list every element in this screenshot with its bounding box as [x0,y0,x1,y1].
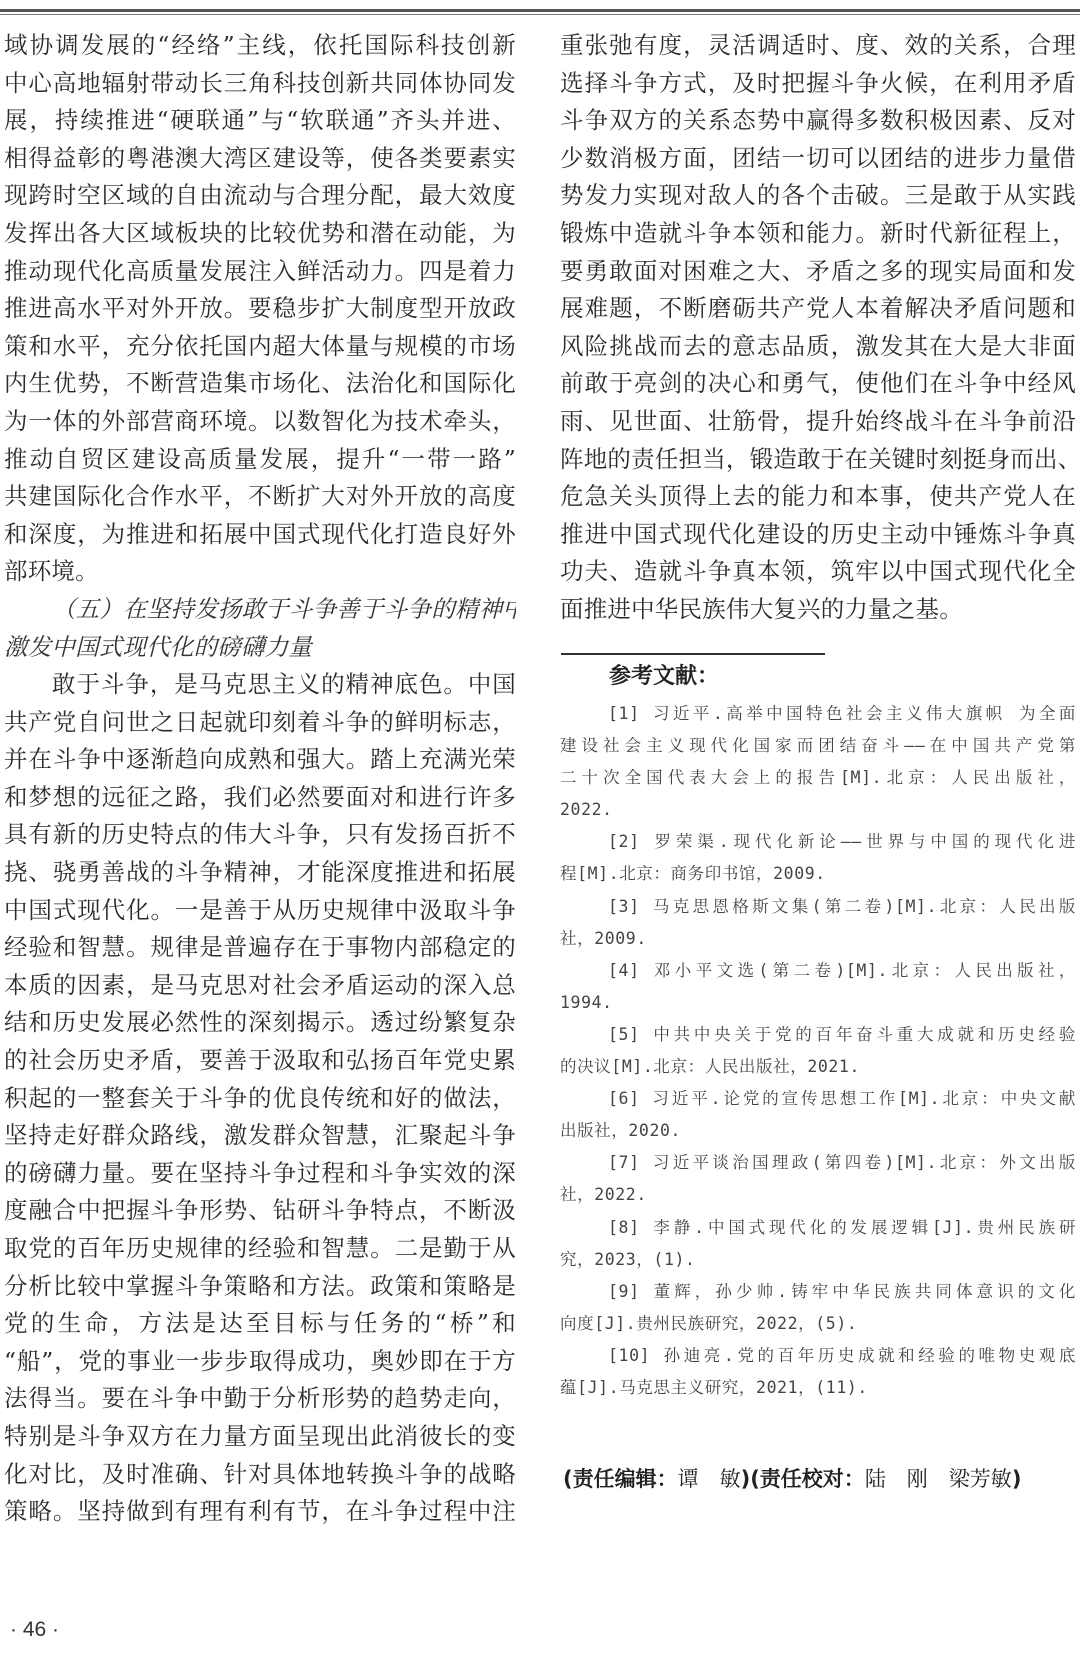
reference-line: 究，2023，(1). [560,1244,1076,1276]
paragraph-line: 发挥出各大区域板块的比较优势和潜在动能，为 [4,215,516,253]
paragraph-line: 要勇敢面对困难之大、矛盾之多的现实局面和发 [560,253,1076,291]
paragraph-line: 并在斗争中逐渐趋向成熟和强大。踏上充满光荣 [4,741,516,779]
paragraph-line: 前敢于亮剑的决心和勇气，使他们在斗争中经风 [560,365,1076,403]
section-heading-line: 激发中国式现代化的磅礴力量 [4,629,516,667]
proofreader-names: 陆 刚 梁芳敏 [865,1467,1012,1491]
reference-line: [6] 习近平.论党的宣传思想工作[M].北京：中央文献 [560,1083,1076,1115]
paragraph-line: 法得当。要在斗争中勤于分析形势的趋势走向， [4,1380,516,1418]
reference-line: 二十次全国代表大会上的报告[M].北京：人民出版社， [560,762,1076,794]
paragraph-line: 特别是斗争双方在力量方面呈现出此消彼长的变 [4,1418,516,1456]
paragraph-line: 少数消极方面，团结一切可以团结的进步力量借 [560,140,1076,178]
reference-line: 社，2009. [560,923,1076,955]
paragraph-line: 阵地的责任担当，锻造敢于在关键时刻挺身而出、 [560,441,1076,479]
paragraph-line: 策略。坚持做到有理有利有节，在斗争过程中注 [4,1493,516,1531]
paragraph-line: 内生优势，不断营造集市场化、法治化和国际化 [4,365,516,403]
paragraph-line: 部环境。 [4,553,516,591]
paragraph-line: 锻炼中造就斗争本领和能力。新时代新征程上， [560,215,1076,253]
reference-line: [4] 邓小平文选(第二卷)[M].北京：人民出版社， [560,955,1076,987]
paragraph-line: 展，持续推进“硬联通”与“软联通”齐头并进、 [4,102,516,140]
paragraph-line: 取党的百年历史规律的经验和智慧。二是勤于从 [4,1230,516,1268]
reference-line: [10] 孙迪亮.党的百年历史成就和经验的唯物史观底 [560,1340,1076,1372]
paragraph-line: 挠、骁勇善战的斗争精神，才能深度推进和拓展 [4,854,516,892]
reference-line: 的决议[M].北京：人民出版社，2021. [560,1051,1076,1083]
paragraph-line: 推动自贸区建设高质量发展，提升“一带一路” [4,441,516,479]
paragraph-line: 现跨时空区域的自由流动与合理分配，最大效度 [4,177,516,215]
proofreader-label: )(责任校对： [741,1467,865,1491]
page-number: · 46 · [10,1618,59,1642]
reference-line: [2] 罗荣渠.现代化新论——世界与中国的现代化进 [560,826,1076,858]
reference-line: 社，2022. [560,1179,1076,1211]
reference-line: [1] 习近平.高举中国特色社会主义伟大旗帜 为全面 [560,698,1076,730]
paragraph-line: 结和历史发展必然性的深刻揭示。透过纷繁复杂 [4,1004,516,1042]
reference-line: 向度[J].贵州民族研究，2022，(5). [560,1308,1076,1340]
paragraph-line: 中国式现代化。一是善于从历史规律中汲取斗争 [4,892,516,930]
paragraph-line: 具有新的历史特点的伟大斗争，只有发扬百折不 [4,816,516,854]
reference-line: [7] 习近平谈治国理政(第四卷)[M].北京：外文出版 [560,1147,1076,1179]
paragraph-line: 推进高水平对外开放。要稳步扩大制度型开放政 [4,290,516,328]
right-column-body: 重张弛有度，灵活调适时、度、效的关系，合理选择斗争方式，及时把握斗争火候，在利用… [560,27,1076,629]
paragraph-line: 重张弛有度，灵活调适时、度、效的关系，合理 [560,27,1076,65]
paragraph-line: 经验和智慧。规律是普遍存在于事物内部稳定的 [4,929,516,967]
reference-line: [3] 马克思恩格斯文集(第二卷)[M].北京：人民出版 [560,891,1076,923]
paragraph-line: 推动现代化高质量发展注入鲜活动力。四是着力 [4,253,516,291]
editor-credits-close: ) [1012,1467,1022,1491]
paragraph-line: 雨、见世面、壮筋骨，提升始终战斗在斗争前沿 [560,403,1076,441]
reference-line: 蕴[J].马克思主义研究，2021，(11). [560,1372,1076,1404]
references-heading: 参考文献： [609,660,719,694]
paragraph-line: 和梦想的远征之路，我们必然要面对和进行许多 [4,779,516,817]
editor-label: (责任编辑： [563,1467,678,1491]
paragraph-line: 风险挑战而去的意志品质，激发其在大是大非面 [560,328,1076,366]
paragraph-line: 域协调发展的“经络”主线，依托国际科技创新 [4,27,516,65]
header-rule-thin [0,14,1080,15]
reference-line: [5] 中共中央关于党的百年奋斗重大成就和历史经验 [560,1019,1076,1051]
header-double-rule [0,8,1080,16]
reference-line: 1994. [560,987,1076,1019]
paragraph-line: 选择斗争方式，及时把握斗争火候，在利用矛盾 [560,65,1076,103]
paragraph-line: 为一体的外部营商环境。以数智化为技术牵头， [4,403,516,441]
paragraph-line: 积起的一整套关于斗争的优良传统和好的做法， [4,1080,516,1118]
reference-line: 2022. [560,794,1076,826]
paragraph-line: 党的生命，方法是达至目标与任务的“桥”和 [4,1305,516,1343]
paragraph-line: 和深度，为推进和拓展中国式现代化打造良好外 [4,516,516,554]
reference-line: [9] 董辉，孙少帅.铸牢中华民族共同体意识的文化 [560,1276,1076,1308]
references-separator [561,653,825,655]
paragraph-line: 推进中国式现代化建设的历史主动中锤炼斗争真 [560,516,1076,554]
paragraph-line: 化对比，及时准确、针对具体地转换斗争的战略 [4,1456,516,1494]
reference-line: [8] 李静.中国式现代化的发展逻辑[J].贵州民族研 [560,1212,1076,1244]
paragraph-line: 共建国际化合作水平，不断扩大对外开放的高度 [4,478,516,516]
section-heading-line: （五）在坚持发扬敢于斗争善于斗争的精神中 [4,591,516,629]
reference-line: 出版社，2020. [560,1115,1076,1147]
paragraph-line: 本质的因素，是马克思对社会矛盾运动的深入总 [4,967,516,1005]
paragraph-line: 势发力实现对敌人的各个击破。三是敢于从实践 [560,177,1076,215]
paragraph-line: 面推进中华民族伟大复兴的力量之基。 [560,591,1076,629]
paragraph-line: 分析比较中掌握斗争策略和方法。政策和策略是 [4,1268,516,1306]
paragraph-line: 共产党自问世之日起就印刻着斗争的鲜明标志， [4,704,516,742]
paragraph-line: 坚持走好群众路线，激发群众智慧，汇聚起斗争 [4,1117,516,1155]
paragraph-line: “船”，党的事业一步步取得成功，奥妙即在于方 [4,1343,516,1381]
references-list: [1] 习近平.高举中国特色社会主义伟大旗帜 为全面建设社会主义现代化国家而团结… [560,698,1076,1404]
paragraph-line: 斗争双方的关系态势中赢得多数积极因素、反对 [560,102,1076,140]
reference-line: 建设社会主义现代化国家而团结奋斗——在中国共产党第 [560,730,1076,762]
paragraph-line: 危急关头顶得上去的能力和本事，使共产党人在 [560,478,1076,516]
editor-credits: (责任编辑：谭 敏)(责任校对：陆 刚 梁芳敏) [563,1462,1076,1496]
paragraph-line: 的磅礴力量。要在坚持斗争过程和斗争实效的深 [4,1155,516,1193]
reference-line: 程[M].北京：商务印书馆，2009. [560,858,1076,890]
paragraph-line: 展难题，不断磨砺共产党人本着解决矛盾问题和 [560,290,1076,328]
paragraph-line: 中心高地辐射带动长三角科技创新共同体协同发 [4,65,516,103]
paragraph-line: 的社会历史矛盾，要善于汲取和弘扬百年党史累 [4,1042,516,1080]
left-column-body: 域协调发展的“经络”主线，依托国际科技创新中心高地辐射带动长三角科技创新共同体协… [4,27,516,1531]
paragraph-line: 功夫、造就斗争真本领，筑牢以中国式现代化全 [560,553,1076,591]
paragraph-line: 策和水平，充分依托国内超大体量与规模的市场 [4,328,516,366]
paragraph-line: 敢于斗争，是马克思主义的精神底色。中国 [4,666,516,704]
paragraph-line: 度融合中把握斗争形势、钻研斗争特点，不断汲 [4,1192,516,1230]
header-rule-thick [0,9,1080,12]
editor-name: 谭 敏 [678,1467,741,1491]
paragraph-line: 相得益彰的粤港澳大湾区建设等，使各类要素实 [4,140,516,178]
